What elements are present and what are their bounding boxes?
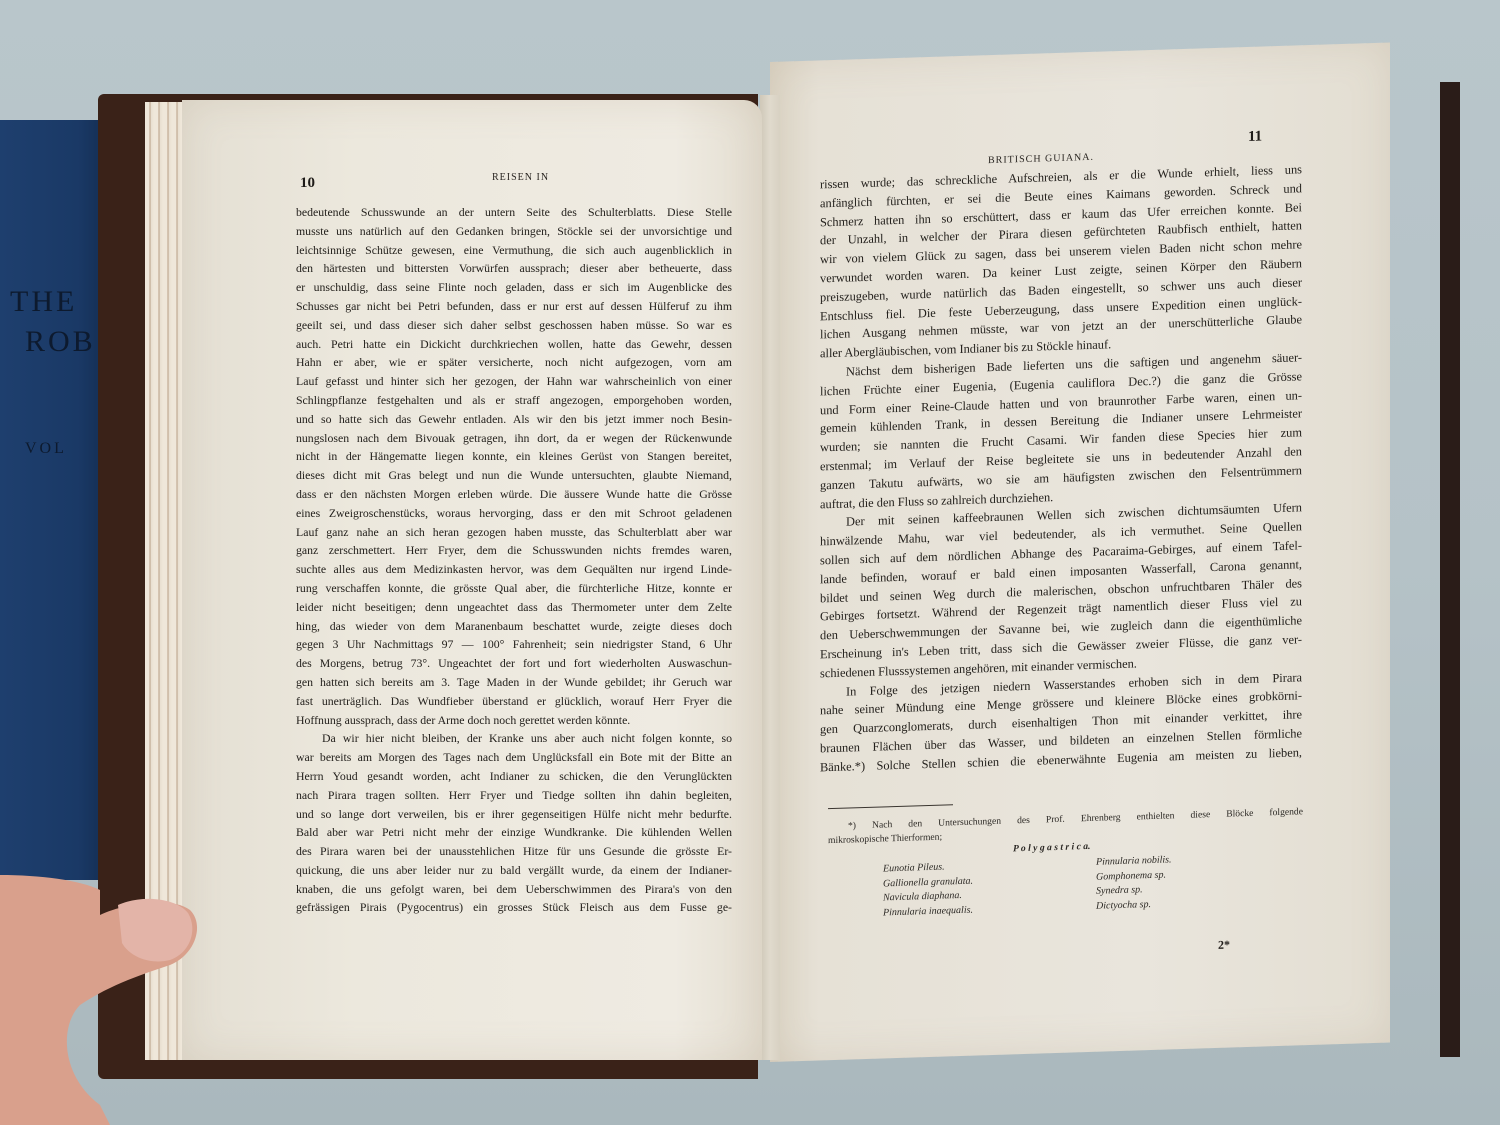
text-line: fast unerträglich. Das Wundfieber überst…	[296, 692, 732, 711]
text-line: und so lange dort verweilen, bis er ihre…	[296, 805, 732, 824]
text-line: gegen 3 Uhr Nachmittags 97 — 100° Fahren…	[296, 635, 732, 654]
page-number-left: 10	[300, 175, 315, 192]
footnote-rule	[828, 804, 953, 809]
text-line: des Pirara waren bei der unausstehlichen…	[296, 842, 732, 861]
cover-right-board	[1440, 82, 1460, 1057]
text-line: bedeutende Schusswunde an der untern Sei…	[296, 203, 732, 222]
hand-holding-book	[0, 875, 200, 1125]
text-line: suchte alles aus dem Medizinkasten hervo…	[296, 560, 732, 579]
text-line: knaben, die uns gefolgt waren, bei dem U…	[296, 880, 732, 899]
text-line: Hahn er aber, wie er später versicherte,…	[296, 353, 732, 372]
text-line: Herrn Youd gesandt worden, acht Indianer…	[296, 767, 732, 786]
text-line: Schlingpflanze festgehalten und als er s…	[296, 391, 732, 410]
text-line: eines Zweigroschenstücks, woraus hervorg…	[296, 504, 732, 523]
text-line: den härtesten und bittersten Vorwürfen a…	[296, 259, 732, 278]
text-line: hing, das wieder von dem Maranenbaum bes…	[296, 617, 732, 636]
species-item: Gomphonema sp.	[1096, 868, 1172, 885]
running-head-right: BRITISCH GUIANA.	[988, 152, 1094, 166]
text-line: quickung, die uns aber leider nur zu bal…	[296, 861, 732, 880]
running-head-left: REISEN IN	[492, 172, 549, 183]
species-col-right: Pinnularia nobilis. Gomphonema sp. Syned…	[1096, 853, 1172, 914]
text-line: Bald aber war Petri nicht mehr der einzi…	[296, 823, 732, 842]
text-line: er unschuldig, dass seine Flinte noch ge…	[296, 278, 732, 297]
text-line: leider nicht beseitigen; denn ungeachtet…	[296, 598, 732, 617]
text-line: auch. Petri hatte ein Dickicht durchkrie…	[296, 335, 732, 354]
blue-book-title-2: ROB	[25, 325, 96, 359]
footnote: *) Nach den Untersuchungen des Prof. Ehr…	[828, 805, 1303, 862]
left-page: 10 REISEN IN bedeutende Schusswunde an d…	[182, 100, 762, 1060]
text-line: Schusses gar nicht bei Petri befunden, d…	[296, 297, 732, 316]
text-line: musste uns natürlich auf den Gedanken br…	[296, 222, 732, 241]
text-line: Lauf gefasst und hinter sich her gezogen…	[296, 372, 732, 391]
text-line: leichtsinnige Schütze gewesen, eine Verm…	[296, 241, 732, 260]
text-line: geeilt sei, und dass dieser sich daher s…	[296, 316, 732, 335]
species-item: Pinnularia inaequalis.	[883, 903, 973, 920]
text-line: nungslosen nach dem Bivouak getragen, ih…	[296, 429, 732, 448]
text-line: des Morgens, betrug 73°. Ungeachtet der …	[296, 654, 732, 673]
text-line: gen hatten sich bereits am 3. Tage Maden…	[296, 673, 732, 692]
left-page-body: bedeutende Schusswunde an der untern Sei…	[296, 203, 732, 917]
text-line: nicht in der Hängematte liegen konnte, e…	[296, 447, 732, 466]
book-gutter	[760, 95, 780, 1060]
blue-book-volume: VOL	[25, 440, 67, 458]
text-line: nach Pirara tragen sollten. Herr Fryer u…	[296, 786, 732, 805]
species-item: Dictyocha sp.	[1096, 897, 1172, 914]
text-line: Da wir hier nicht bleiben, der Kranke un…	[296, 729, 732, 748]
blue-book-title-1: THE	[10, 285, 77, 319]
text-line: war bereits am Morgen des Tages nach dem…	[296, 748, 732, 767]
text-line: dieses dicht mit Gras belegt und nun die…	[296, 466, 732, 485]
signature-mark: 2*	[1218, 938, 1230, 953]
page-number-right: 11	[1248, 129, 1262, 146]
text-line: Hoffnung aussprach, dass der Arme doch n…	[296, 711, 732, 730]
right-page: 11 BRITISCH GUIANA. rissen wurde; das sc…	[770, 43, 1390, 1062]
text-line: gefrässigen Pirais (Pygocentrus) ein gro…	[296, 898, 732, 917]
right-page-body: rissen wurde; das schreckliche Aufschrei…	[820, 160, 1302, 777]
text-line: dass er den nächsten Morgen erleben würd…	[296, 485, 732, 504]
text-line: und so hatte sich das Gewehr entladen. A…	[296, 410, 732, 429]
text-line: Lauf ganz nahe an sich heran gezogen hab…	[296, 523, 732, 542]
text-line: rung verschaffen konnte, die grösste Qua…	[296, 579, 732, 598]
species-col-left: Eunotia Pileus. Gallionella granulata. N…	[883, 860, 973, 921]
text-line: ganz zerschmettert. Herr Fryer, dem die …	[296, 541, 732, 560]
